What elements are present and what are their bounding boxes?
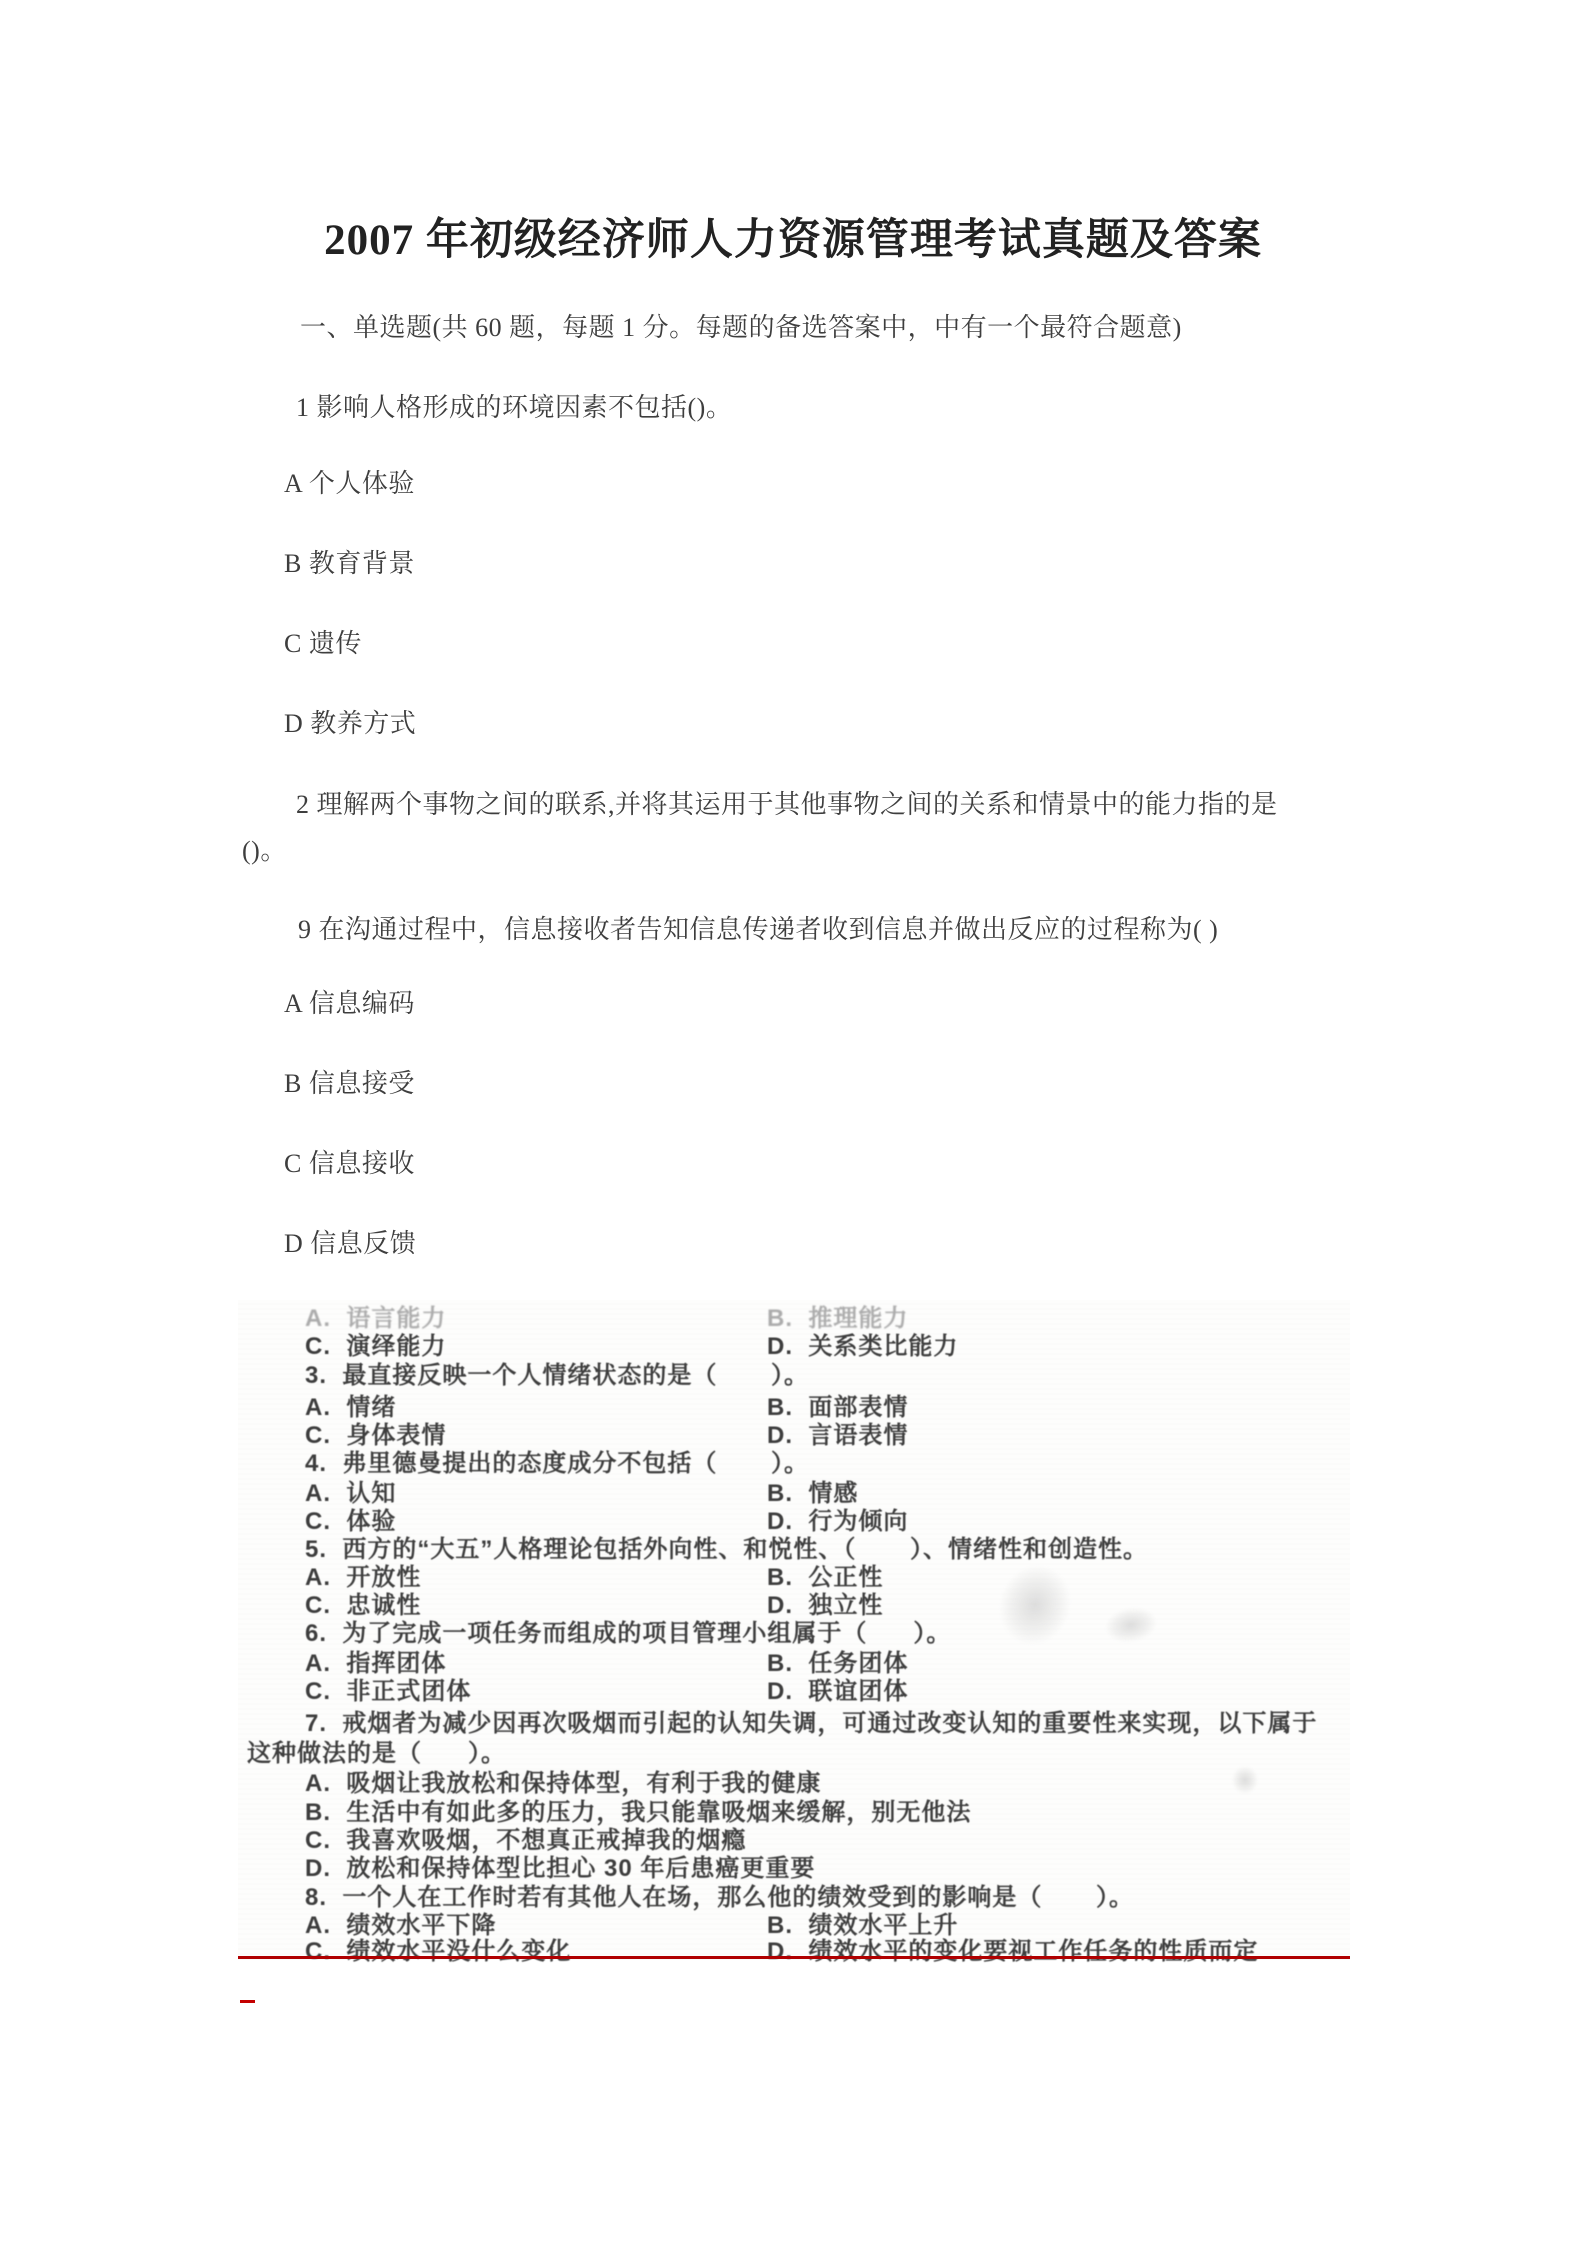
question-9-option-a: A 信息编码 xyxy=(284,988,415,1020)
red-divider-line xyxy=(238,1956,1350,1959)
question-2-text-line2: ()。 xyxy=(242,835,287,867)
scan-option-c: C. 演绎能力 xyxy=(305,1333,446,1361)
scan-option-b: B. 公正性 xyxy=(767,1564,883,1592)
question-9-option-b: B 信息接受 xyxy=(284,1068,415,1100)
scan-option-d: D. 独立性 xyxy=(767,1592,883,1620)
scan-option-a: A. 认知 xyxy=(305,1480,396,1508)
scan-option-a: A. 绩效水平下降 xyxy=(305,1912,496,1940)
page-title: 2007 年初级经济师人力资源管理考试真题及答案 xyxy=(0,206,1586,267)
scan-options-row: C. 绩效水平没什么变化 D. 绩效水平的变化要视工作任务的性质而定 xyxy=(238,1938,1350,2050)
scan-option-b: B. 任务团体 xyxy=(767,1650,908,1678)
question-9-option-c: C 信息接收 xyxy=(284,1148,415,1180)
scan-option-a: A. 指挥团体 xyxy=(305,1650,446,1678)
scan-option-d: D. 行为倾向 xyxy=(767,1508,908,1536)
red-dash-mark xyxy=(240,2000,255,2003)
section-heading: 一、单选题(共 60 题，每题 1 分。每题的备选答案中，中有一个最符合题意) xyxy=(300,312,1182,344)
question-1-option-c: C 遗传 xyxy=(284,628,362,660)
scan-option-b: B. 面部表情 xyxy=(767,1394,908,1422)
scanned-questions-image: A. 语言能力 B. 推理能力 C. 演绎能力 D. 关系类比能力 3. 最直接… xyxy=(238,1300,1350,1960)
question-1-option-d: D 教养方式 xyxy=(284,708,416,740)
scan-option-a: A. 开放性 xyxy=(305,1564,421,1592)
scan-option-b: B. 推理能力 xyxy=(767,1305,908,1333)
question-1-option-b: B 教育背景 xyxy=(284,548,415,580)
scan-option-a: A. 语言能力 xyxy=(305,1305,446,1333)
scan-option-d: D. 关系类比能力 xyxy=(767,1333,958,1361)
scan-option-d: D. 联谊团体 xyxy=(767,1678,908,1706)
question-2-text-line1: 2 理解两个事物之间的联系,并将其运用于其他事物之间的关系和情景中的能力指的是 xyxy=(296,789,1278,821)
scan-option-c: C. 忠诚性 xyxy=(305,1592,421,1620)
scan-option-b: B. 情感 xyxy=(767,1480,858,1508)
scan-option-c: C. 绩效水平没什么变化 xyxy=(305,1938,571,1966)
question-1-option-a: A 个人体验 xyxy=(284,468,415,500)
question-9-option-d: D 信息反馈 xyxy=(284,1228,416,1260)
scan-option-a: A. 情绪 xyxy=(305,1394,396,1422)
scan-option-d: D. 言语表情 xyxy=(767,1422,908,1450)
scan-option-c: C. 身体表情 xyxy=(305,1422,446,1450)
scan-option-c: C. 体验 xyxy=(305,1508,396,1536)
question-9-text: 9 在沟通过程中，信息接收者告知信息传递者收到信息并做出反应的过程称为( ) xyxy=(298,914,1218,946)
question-1-text: 1 影响人格形成的环境因素不包括()。 xyxy=(296,392,732,424)
scan-option-d: D. 绩效水平的变化要视工作任务的性质而定 xyxy=(767,1938,1258,1966)
scan-option-c: C. 非正式团体 xyxy=(305,1678,471,1706)
exam-document-page: 2007 年初级经济师人力资源管理考试真题及答案 一、单选题(共 60 题，每题… xyxy=(0,0,1586,2244)
scan-option-b: B. 绩效水平上升 xyxy=(767,1912,958,1940)
